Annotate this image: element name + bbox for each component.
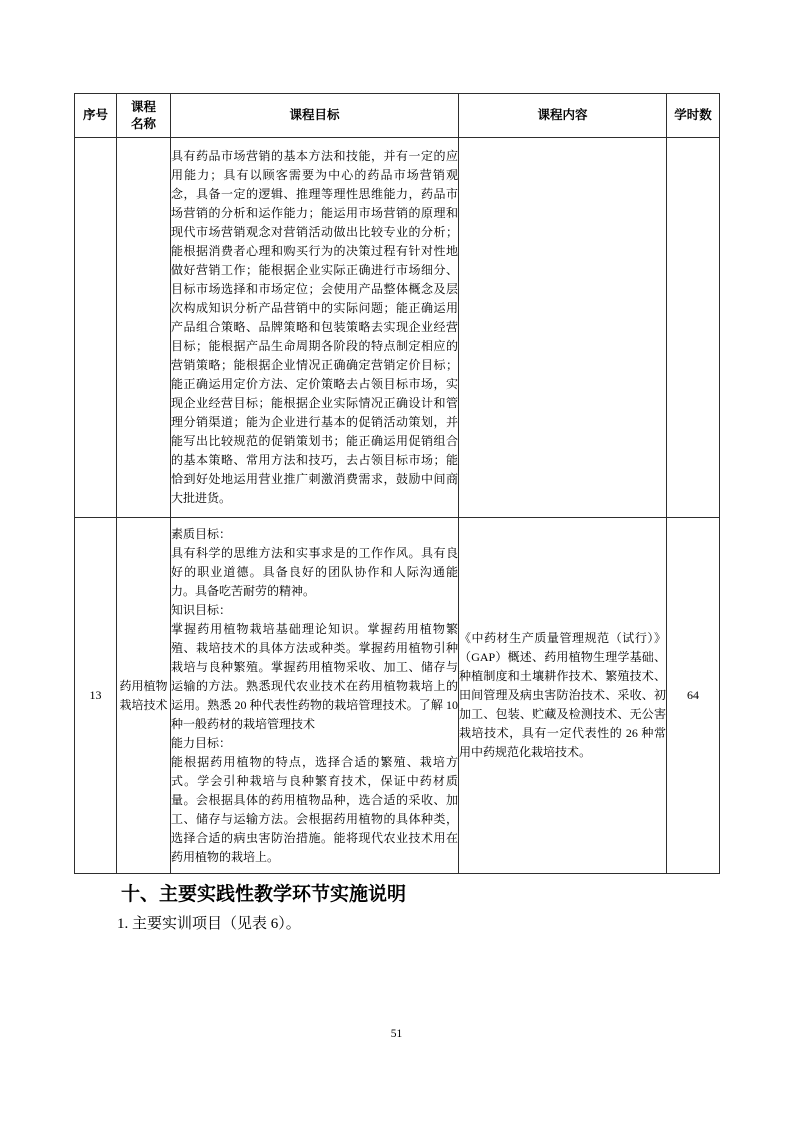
cell-course-name bbox=[117, 138, 171, 518]
cell-course-name: 药用植物栽培技术 bbox=[117, 518, 171, 874]
cell-course-content bbox=[459, 138, 667, 518]
table-header-row: 序号 课程名称 课程目标 课程内容 学时数 bbox=[75, 94, 720, 138]
cell-seq bbox=[75, 138, 117, 518]
page-content: 序号 课程名称 课程目标 课程内容 学时数 具有药品市场营销的基本方法和技能，并… bbox=[0, 0, 793, 935]
document-page: 序号 课程名称 课程目标 课程内容 学时数 具有药品市场营销的基本方法和技能，并… bbox=[0, 0, 793, 1122]
cell-course-objectives: 具有药品市场营销的基本方法和技能，并有一定的应用能力；具有以顾客需要为中心的药品… bbox=[171, 138, 459, 518]
header-course-objectives: 课程目标 bbox=[171, 94, 459, 138]
cell-course-objectives: 素质目标： 具有科学的思维方法和实事求是的工作作风。具有良好的职业道德。具备良好… bbox=[171, 518, 459, 874]
cell-course-content: 《中药材生产质量管理规范（试行）》（GAP）概述、药用植物生理学基础、种植制度和… bbox=[459, 518, 667, 874]
section-heading: 十、主要实践性教学环节实施说明 bbox=[121, 884, 719, 907]
header-seq: 序号 bbox=[75, 94, 117, 138]
table-row-marketing-continued: 具有药品市场营销的基本方法和技能，并有一定的应用能力；具有以顾客需要为中心的药品… bbox=[75, 138, 720, 518]
section-paragraph: 1. 主要实训项目（见表 6）。 bbox=[117, 914, 719, 935]
header-course-content: 课程内容 bbox=[459, 94, 667, 138]
table-row-medicinal-plant-cultivation: 13 药用植物栽培技术 素质目标： 具有科学的思维方法和实事求是的工作作风。具有… bbox=[75, 518, 720, 874]
cell-hours: 64 bbox=[667, 518, 720, 874]
course-table: 序号 课程名称 课程目标 课程内容 学时数 具有药品市场营销的基本方法和技能，并… bbox=[74, 93, 720, 874]
header-hours: 学时数 bbox=[667, 94, 720, 138]
cell-seq: 13 bbox=[75, 518, 117, 874]
cell-hours bbox=[667, 138, 720, 518]
page-number: 51 bbox=[0, 1028, 793, 1040]
header-course-name: 课程名称 bbox=[117, 94, 171, 138]
